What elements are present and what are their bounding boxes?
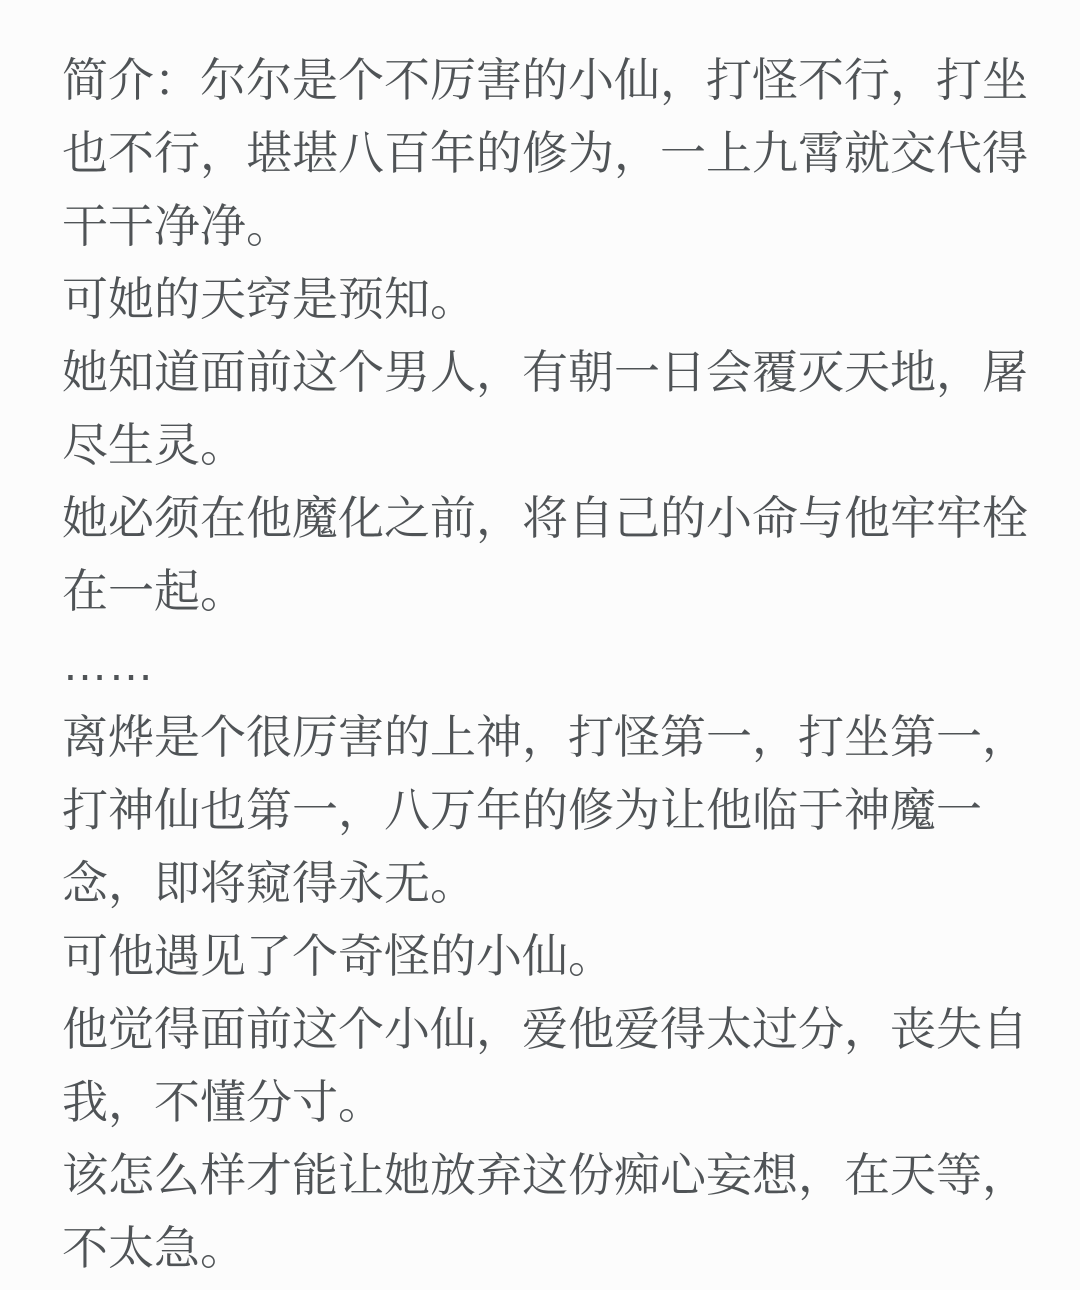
text-line: 可他遇见了个奇怪的小仙。 (62, 920, 1042, 993)
text-line: 他觉得面前这个小仙，爱他爱得太过分，丧失自 (62, 993, 1042, 1066)
text-line: 她知道面前这个男人，有朝一日会覆灭天地，屠 (62, 336, 1042, 409)
text-line: 尽生灵。 (62, 409, 1042, 482)
document-page: 简介：尔尔是个不厉害的小仙，打怪不行，打坐 也不行，堪堪八百年的修为，一上九霄就… (0, 0, 1080, 1290)
text-line: 我，不懂分寸。 (62, 1066, 1042, 1139)
text-line: 干干净净。 (62, 190, 1042, 263)
text-line: 可她的天窍是预知。 (62, 263, 1042, 336)
text-line: 也不行，堪堪八百年的修为，一上九霄就交代得 (62, 117, 1042, 190)
text-line: 在一起。 (62, 555, 1042, 628)
text-line: 打神仙也第一，八万年的修为让他临于神魔一 (62, 774, 1042, 847)
text-line: 念，即将窥得永无。 (62, 847, 1042, 920)
text-line: 离烨是个很厉害的上神，打怪第一，打坐第一， (62, 701, 1042, 774)
text-line: 该怎么样才能让她放弃这份痴心妄想，在天等， (62, 1139, 1042, 1212)
text-line: 她必须在他魔化之前，将自己的小命与他牢牢栓 (62, 482, 1042, 555)
synopsis-text: 简介：尔尔是个不厉害的小仙，打怪不行，打坐 也不行，堪堪八百年的修为，一上九霄就… (62, 44, 1042, 1285)
ellipsis-line: …… (62, 628, 1042, 701)
text-line: 不太急。 (62, 1212, 1042, 1285)
text-line: 简介：尔尔是个不厉害的小仙，打怪不行，打坐 (62, 44, 1042, 117)
